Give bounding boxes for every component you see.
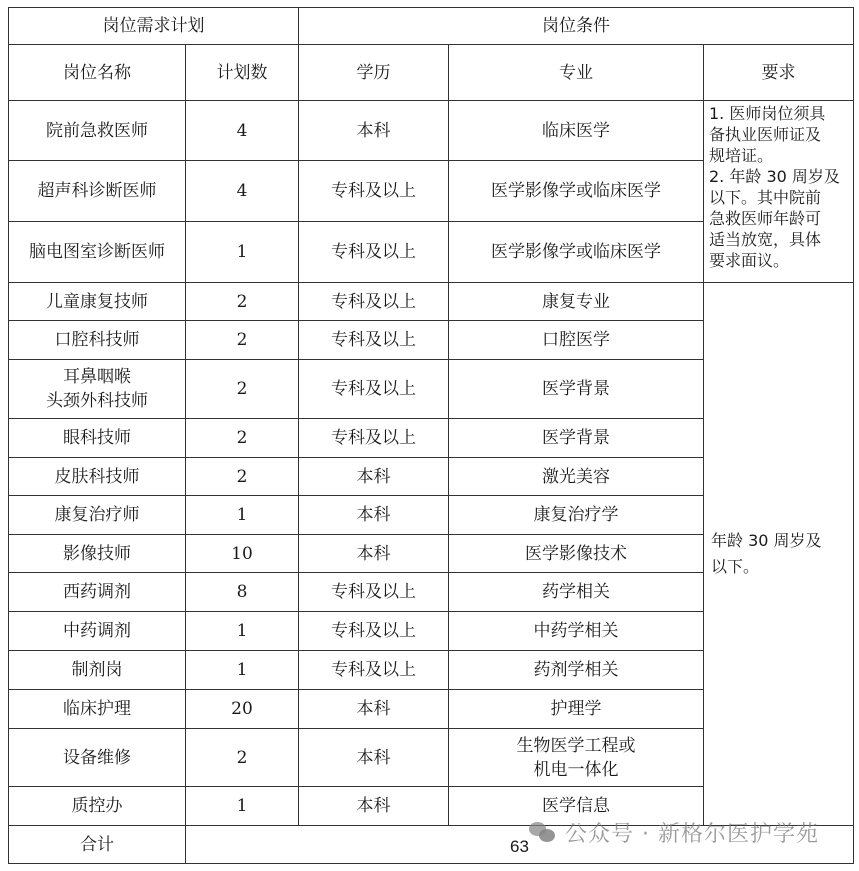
requirement-line: 2. 年龄 30 周岁及 [709,166,847,187]
requirements-others: 年龄 30 周岁及 以下。 [704,283,854,826]
group-header-row: 岗位需求计划 岗位条件 [9,8,854,45]
position-name: 眼科技师 [9,419,186,458]
position-name: 影像技师 [9,535,186,573]
plan-count: 8 [186,573,299,612]
position-name: 制剂岗 [9,651,186,690]
group-header-conditions: 岗位条件 [299,8,854,45]
requirement-line: 备执业医师证及 [709,124,847,145]
education: 本科 [299,535,449,573]
position-name: 皮肤科技师 [9,458,186,496]
column-header-requirements: 要求 [704,45,854,101]
plan-count: 1 [186,651,299,690]
position-name: 儿童康复技师 [9,283,186,321]
education: 专科及以上 [299,321,449,360]
education: 本科 [299,729,449,787]
column-header-education: 学历 [299,45,449,101]
plan-count: 2 [186,360,299,419]
column-header-name: 岗位名称 [9,45,186,101]
major: 康复治疗学 [449,496,704,535]
education: 本科 [299,787,449,826]
requirement-line: 以下。其中院前 [709,187,847,208]
requirement-line: 适当放宽，具体 [709,229,847,250]
education: 本科 [299,101,449,161]
column-header-row: 岗位名称 计划数 学历 专业 要求 [9,45,854,101]
major: 医学影像学或临床医学 [449,161,704,222]
education: 专科及以上 [299,419,449,458]
major: 临床医学 [449,101,704,161]
education: 专科及以上 [299,360,449,419]
plan-count: 2 [186,729,299,787]
requirement-line: 要求面议。 [709,250,847,271]
plan-count: 4 [186,101,299,161]
plan-count: 4 [186,161,299,222]
position-name: 设备维修 [9,729,186,787]
education: 专科及以上 [299,283,449,321]
watermark: 公众号 · 新格尔医护学苑 [529,817,819,848]
education: 专科及以上 [299,161,449,222]
plan-count: 2 [186,458,299,496]
plan-count: 1 [186,612,299,651]
requirement-line: 以下。 [711,554,847,580]
position-name-line: 头颈外科技师 [9,389,185,413]
major-line: 生物医学工程或 [449,734,703,758]
position-name: 院前急救医师 [9,101,186,161]
column-header-major: 专业 [449,45,704,101]
education: 专科及以上 [299,651,449,690]
requirement-line: 规培证。 [709,145,847,166]
plan-count: 10 [186,535,299,573]
requirement-line: 1. 医师岗位须具 [709,103,847,124]
position-name: 耳鼻咽喉 头颈外科技师 [9,360,186,419]
total-value: 63 [510,835,529,859]
major: 医学影像学或临床医学 [449,222,704,283]
position-name: 脑电图室诊断医师 [9,222,186,283]
plan-count: 1 [186,222,299,283]
plan-count: 20 [186,690,299,729]
plan-count: 2 [186,283,299,321]
major: 药学相关 [449,573,704,612]
plan-count: 2 [186,321,299,360]
education: 专科及以上 [299,612,449,651]
total-label: 合计 [9,826,186,864]
major: 口腔医学 [449,321,704,360]
column-header-count: 计划数 [186,45,299,101]
plan-count: 2 [186,419,299,458]
requirement-line: 年龄 30 周岁及 [711,528,847,554]
position-name: 超声科诊断医师 [9,161,186,222]
wechat-icon [529,821,557,845]
position-name: 西药调剂 [9,573,186,612]
major: 药剂学相关 [449,651,704,690]
education: 专科及以上 [299,573,449,612]
education: 本科 [299,458,449,496]
position-name: 口腔科技师 [9,321,186,360]
group-header-demand-plan: 岗位需求计划 [9,8,299,45]
position-name: 康复治疗师 [9,496,186,535]
position-name: 质控办 [9,787,186,826]
major: 生物医学工程或 机电一体化 [449,729,704,787]
education: 本科 [299,690,449,729]
major: 激光美容 [449,458,704,496]
major: 康复专业 [449,283,704,321]
major: 护理学 [449,690,704,729]
major: 中药学相关 [449,612,704,651]
requirement-line: 急救医师年龄可 [709,208,847,229]
major: 医学背景 [449,360,704,419]
requirements-doctors: 1. 医师岗位须具 备执业医师证及 规培证。 2. 年龄 30 周岁及 以下。其… [704,101,854,283]
major-line: 机电一体化 [449,758,703,782]
position-name: 中药调剂 [9,612,186,651]
position-name: 临床护理 [9,690,186,729]
table-row: 儿童康复技师 2 专科及以上 康复专业 年龄 30 周岁及 以下。 [9,283,854,321]
position-requirements-table: 岗位需求计划 岗位条件 岗位名称 计划数 学历 专业 要求 院前急救医师 4 本… [8,7,854,864]
major: 医学背景 [449,419,704,458]
watermark-text: 公众号 · 新格尔医护学苑 [565,817,819,848]
major: 医学影像技术 [449,535,704,573]
education: 本科 [299,496,449,535]
plan-count: 1 [186,496,299,535]
table-row: 院前急救医师 4 本科 临床医学 1. 医师岗位须具 备执业医师证及 规培证。 … [9,101,854,161]
plan-count: 1 [186,787,299,826]
education: 专科及以上 [299,222,449,283]
position-name-line: 耳鼻咽喉 [9,365,185,389]
